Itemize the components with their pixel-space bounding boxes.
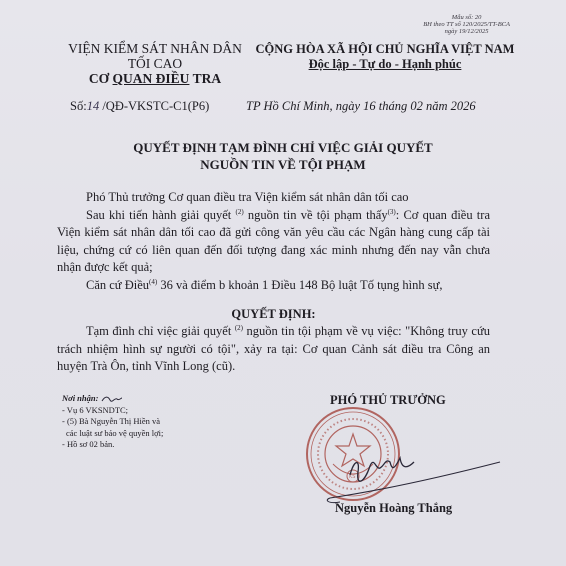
place-and-date: TP Hồ Chí Minh, ngày 16 tháng 02 năm 202…	[246, 99, 476, 114]
agency-line-3-underlined: QUAN ĐIỀU	[113, 71, 190, 86]
place-date-day: 16	[363, 99, 376, 113]
text: nguồn tin về tội phạm thấy	[244, 208, 388, 222]
text: Căn cứ Điều	[86, 278, 149, 292]
recipients-label: Nơi nhận:	[62, 393, 163, 405]
form-reference-note: Mẫu số: 20 BH theo TT số 120/2025/TT-BCA…	[423, 14, 510, 35]
document-body: Phó Thủ trưởng Cơ quan điều tra Viện kiể…	[57, 189, 490, 294]
doc-number-suffix: /QĐ-VKSTC-C1(P6)	[99, 99, 209, 113]
initials-scribble-icon	[101, 395, 123, 403]
recipient-item: - (5) Bà Nguyễn Thị Hiền và	[62, 416, 163, 428]
form-number: Mẫu số: 20	[423, 14, 510, 21]
footnote-ref: (3)	[388, 207, 396, 215]
paragraph-findings: Sau khi tiến hành giải quyết (2) nguồn t…	[57, 207, 490, 277]
document-page: Mẫu số: 20 BH theo TT số 120/2025/TT-BCA…	[0, 0, 566, 566]
doc-number-handwritten: 14	[87, 99, 100, 113]
recipients-block: Nơi nhận: - Vụ 6 VKSNDTC; - (5) Bà Nguyễ…	[62, 393, 163, 451]
footnote-ref: (2)	[235, 207, 243, 215]
text: 36 và điểm b khoản 1 Điều 148 Bộ luật Tố…	[157, 278, 442, 292]
footnote-ref: (4)	[149, 277, 157, 285]
agency-line-3-pre: CƠ	[89, 71, 113, 86]
form-date: ngày 19/12/2025	[423, 28, 510, 35]
title-line-2: NGUỒN TIN VỀ TỘI PHẠM	[60, 156, 506, 173]
form-circular: BH theo TT số 120/2025/TT-BCA	[423, 21, 510, 28]
agency-line-3: CƠ QUAN ĐIỀU TRA	[60, 71, 250, 86]
footnote-ref: (2)	[235, 324, 243, 332]
place-date-pre: TP Hồ Chí Minh, ngày	[246, 99, 363, 113]
agency-line-1: VIỆN KIỂM SÁT NHÂN DÂN	[60, 41, 250, 56]
paragraph-legal-basis: Căn cứ Điều(4) 36 và điểm b khoản 1 Điều…	[57, 277, 490, 295]
document-title: QUYẾT ĐỊNH TẠM ĐÌNH CHỈ VIỆC GIẢI QUYẾT …	[60, 139, 506, 173]
recipient-item: các luật sư bảo vệ quyền lợi;	[62, 428, 163, 440]
decision-heading: QUYẾT ĐỊNH:	[57, 307, 490, 322]
decision-paragraph: Tạm đình chỉ việc giải quyết (2) nguồn t…	[57, 323, 490, 376]
decision-text: Tạm đình chỉ việc giải quyết (2) nguồn t…	[57, 323, 490, 376]
signer-name: Nguyễn Hoàng Thắng	[335, 501, 452, 516]
title-line-1: QUYẾT ĐỊNH TẠM ĐÌNH CHỈ VIỆC GIẢI QUYẾT	[60, 139, 506, 156]
document-number: Số:14 /QĐ-VKSTC-C1(P6)	[70, 99, 209, 114]
authority-line: Phó Thủ trưởng Cơ quan điều tra Viện kiể…	[57, 189, 490, 207]
handwritten-signature-icon	[320, 440, 510, 510]
recipient-item: - Vụ 6 VKSNDTC;	[62, 405, 163, 417]
issuing-agency: VIỆN KIỂM SÁT NHÂN DÂN TỐI CAO CƠ QUAN Đ…	[60, 41, 250, 86]
agency-line-2: TỐI CAO	[60, 56, 250, 71]
text: Tạm đình chỉ việc giải quyết	[86, 324, 235, 338]
recipient-item: - Hồ sơ 02 bản.	[62, 439, 163, 451]
doc-number-prefix: Số:	[70, 99, 87, 113]
national-header: CỘNG HÒA XÃ HỘI CHỦ NGHĨA VIỆT NAM Độc l…	[250, 42, 520, 72]
text: Sau khi tiến hành giải quyết	[86, 208, 235, 222]
nation-title: CỘNG HÒA XÃ HỘI CHỦ NGHĨA VIỆT NAM	[250, 42, 520, 57]
nation-motto: Độc lập - Tự do - Hạnh phúc	[250, 57, 520, 72]
label-text: Nơi nhận:	[62, 393, 98, 403]
agency-line-3-post: TRA	[189, 71, 221, 86]
place-date-post: tháng 02 năm 2026	[376, 99, 476, 113]
